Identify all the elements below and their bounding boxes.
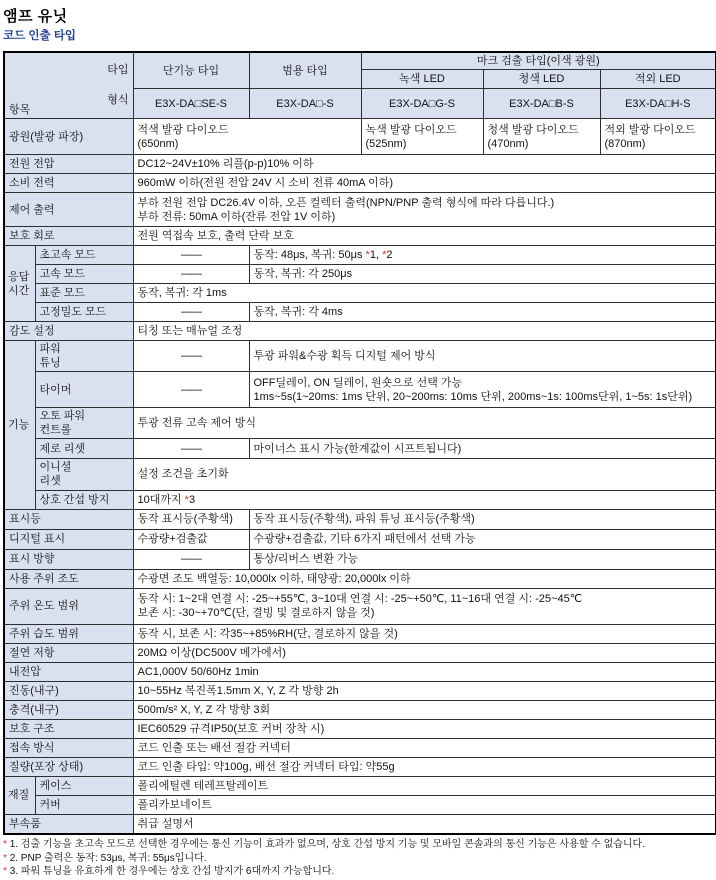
row-ambient-temp: 주위 온도 범위 동작 시: 1~2대 연결 시: -25~+55℃, 3~10… [4, 588, 716, 624]
control-output-label: 제어 출력 [4, 193, 133, 227]
row-response-fast: 고속 모드 —— 동작, 복귀: 각 250μs [4, 265, 716, 284]
page-title: 앰프 유닛 [3, 5, 714, 26]
indicator-label: 표시등 [4, 509, 133, 529]
sensitivity-value: 티칭 또는 매뉴얼 조정 [133, 322, 716, 341]
material-cover-value: 폴리카보네이트 [133, 795, 716, 814]
power-consumption-label: 소비 전력 [4, 174, 133, 193]
row-power-consumption: 소비 전력 960mW 이하(전원 전압 24V 시 소비 전류 40mA 이하… [4, 174, 716, 193]
response-ultrafast-text: 동작: 48μs, 복귀: 50μs [254, 249, 366, 261]
protection-structure-label: 보호 구조 [4, 719, 133, 738]
accessories-value: 취급 설명서 [133, 814, 716, 834]
response-group-label: 응답 시간 [4, 246, 35, 322]
interference-value: 10대까지 *3 [133, 490, 716, 509]
zero-reset-label: 제로 리셋 [35, 439, 133, 459]
timer-value: OFF딜레이, ON 딜레이, 원숏으로 선택 가능 1ms~5s(1~20ms… [249, 372, 716, 408]
ambient-temp-label: 주위 온도 범위 [4, 588, 133, 624]
row-light-source: 광원(발광 파장) 적색 발광 다이오드 (650nm) 녹색 발광 다이오드 … [4, 119, 716, 155]
row-protection-structure: 보호 구조 IEC60529 규격IP50(보호 커버 장착 시) [4, 719, 716, 738]
light-source-green: 녹색 발광 다이오드 (525nm) [361, 119, 483, 155]
corner-inner: 타입 형식 항목 [5, 54, 133, 118]
ambient-light-value: 수광면 조도 백열등: 10,000lx 이하, 태양광: 20,000lx 이… [133, 569, 716, 588]
row-material-case: 재질 케이스 폴리에틸렌 테레프탈레이트 [4, 776, 716, 795]
model-cell-4: E3X-DA□B-S [483, 89, 600, 119]
zero-reset-value: 마이너스 표시 가능(한계값이 시프트됩니다) [249, 439, 716, 459]
model-cell-2: E3X-DA□-S [249, 89, 361, 119]
digital-display-value-1: 수광량+검출값 [133, 529, 249, 549]
row-response-standard: 표준 모드 동작, 복귀: 각 1ms [4, 284, 716, 303]
response-fast-label: 고속 모드 [35, 265, 133, 284]
response-fast-value: 동작, 복귀: 각 250μs [249, 265, 716, 284]
type-header-label: 타입 [107, 63, 128, 77]
footnote-2: * 2. PNP 출력은 동작: 53μs, 복귀: 55μs입니다. [3, 853, 714, 866]
footnote-3-text: 3. 파워 튜닝을 유효하게 한 경우에는 상호 간섭 방지가 6대까지 가능합… [10, 866, 335, 877]
row-digital-display: 디지털 표시 수광량+검출값 수광량+검출값, 기타 6가지 패턴에서 선택 가… [4, 529, 716, 549]
digital-display-label: 디지털 표시 [4, 529, 133, 549]
response-ultrafast-dash: —— [133, 246, 249, 265]
response-standard-label: 표준 모드 [35, 284, 133, 303]
row-shock: 충격(내구) 500m/s² X, Y, Z 각 방향 3회 [4, 700, 716, 719]
accessories-label: 부속품 [4, 814, 133, 834]
power-voltage-value: DC12~24V±10% 리플(p-p)10% 이하 [133, 155, 716, 174]
ambient-light-label: 사용 주위 조도 [4, 569, 133, 588]
row-power-voltage: 전원 전압 DC12~24V±10% 리플(p-p)10% 이하 [4, 155, 716, 174]
shock-label: 충격(내구) [4, 700, 133, 719]
material-case-label: 케이스 [35, 776, 133, 795]
footnote-1-text: 1. 검출 기능을 초고속 모드로 선택한 경우에는 통신 기능이 효과가 없으… [10, 839, 645, 850]
display-direction-dash: —— [133, 549, 249, 569]
row-ambient-light: 사용 주위 조도 수광면 조도 백열등: 10,000lx 이하, 태양광: 2… [4, 569, 716, 588]
footnote-1-star: * [3, 839, 7, 850]
vibration-value: 10~55Hz 복진폭1.5mm X, Y, Z 각 방향 2h [133, 681, 716, 700]
timer-dash: —— [133, 372, 249, 408]
model-cell-5: E3X-DA□H-S [600, 89, 716, 119]
page: 앰프 유닛 코드 인출 타입 타입 형식 항목 단기능 타입 범용 타입 마크 … [0, 0, 716, 879]
weight-label: 질량(포장 상태) [4, 757, 133, 776]
model-header-label: 형식 [107, 93, 128, 107]
protection-structure-value: IEC60529 규격IP50(보호 커버 장착 시) [133, 719, 716, 738]
page-subtitle: 코드 인출 타입 [3, 27, 714, 43]
power-voltage-label: 전원 전압 [4, 155, 133, 174]
row-sensitivity: 감도 설정 티칭 또는 매뉴얼 조정 [4, 322, 716, 341]
footnote-2-star: * [3, 853, 7, 864]
power-tuning-label: 파워 튜닝 [35, 341, 133, 372]
model-cell-1: E3X-DA□SE-S [133, 89, 249, 119]
header-row-type: 타입 형식 항목 단기능 타입 범용 타입 마크 검출 타입(이색 광원) [4, 52, 716, 70]
response-precision-dash: —— [133, 303, 249, 322]
connection-label: 접속 방식 [4, 738, 133, 757]
row-initial-reset: 이니셜 리셋 설정 조건을 초기화 [4, 459, 716, 490]
vibration-label: 진동(내구) [4, 681, 133, 700]
row-power-tuning: 기능 파워 튜닝 —— 투광 파워&수광 획득 디지털 제어 방식 [4, 341, 716, 372]
ambient-temp-value: 동작 시: 1~2대 연결 시: -25~+55℃, 3~10대 연결 시: -… [133, 588, 716, 624]
footnote-ref-num-1: 1, [370, 249, 382, 261]
row-indicator: 표시등 동작 표시등(주황색) 동작 표시등(주황색), 파워 튜닝 표시등(주… [4, 509, 716, 529]
footnote-2-text: 2. PNP 출력은 동작: 53μs, 복귀: 55μs입니다. [10, 853, 207, 864]
power-tuning-dash: —— [133, 341, 249, 372]
row-insulation: 절연 저항 20MΩ 이상(DC500V 메가에서) [4, 643, 716, 662]
initial-reset-value: 설정 조건을 초기화 [133, 459, 716, 490]
footnotes: * 1. 검출 기능을 초고속 모드로 선택한 경우에는 통신 기능이 효과가 … [3, 839, 714, 879]
response-fast-dash: —— [133, 265, 249, 284]
interference-label: 상호 간섭 방지 [35, 490, 133, 509]
column-header-single-function: 단기능 타입 [133, 52, 249, 89]
response-ultrafast-label: 초고속 모드 [35, 246, 133, 265]
power-tuning-value: 투광 파워&수광 획득 디지털 제어 방식 [249, 341, 716, 372]
footnote-ref-num-2: 2 [386, 249, 392, 261]
row-response-ultrafast: 응답 시간 초고속 모드 —— 동작: 48μs, 복귀: 50μs *1, *… [4, 246, 716, 265]
function-group-label: 기능 [4, 341, 35, 509]
column-header-general: 범용 타입 [249, 52, 361, 89]
row-zero-reset: 제로 리셋 —— 마이너스 표시 가능(한계값이 시프트됩니다) [4, 439, 716, 459]
footnote-3: * 3. 파워 튜닝을 유효하게 한 경우에는 상호 간섭 방지가 6대까지 가… [3, 866, 714, 879]
response-precision-value: 동작, 복귀: 각 4ms [249, 303, 716, 322]
indicator-value-1: 동작 표시등(주황색) [133, 509, 249, 529]
material-group-label: 재질 [4, 776, 35, 814]
weight-value: 코드 인출 타입: 약100g, 배선 절감 커넥터 타입: 약55g [133, 757, 716, 776]
ambient-humidity-value: 동작 시, 보존 시: 각35~+85%RH(단, 결로하지 않을 것) [133, 624, 716, 643]
column-header-blue-led: 청색 LED [483, 70, 600, 89]
response-standard-value: 동작, 복귀: 각 1ms [133, 284, 716, 303]
digital-display-value-2: 수광량+검출값, 기타 6가지 패턴에서 선택 가능 [249, 529, 716, 549]
row-timer: 타이머 —— OFF딜레이, ON 딜레이, 원숏으로 선택 가능 1ms~5s… [4, 372, 716, 408]
row-accessories: 부속품 취급 설명서 [4, 814, 716, 834]
indicator-value-2: 동작 표시등(주황색), 파워 튜닝 표시등(주황색) [249, 509, 716, 529]
row-interference: 상호 간섭 방지 10대까지 *3 [4, 490, 716, 509]
ambient-humidity-label: 주위 습도 범위 [4, 624, 133, 643]
row-display-direction: 표시 방향 —— 통상/리버스 변환 가능 [4, 549, 716, 569]
light-source-ir: 적외 발광 다이오드 (870nm) [600, 119, 716, 155]
initial-reset-label: 이니셜 리셋 [35, 459, 133, 490]
spec-table: 타입 형식 항목 단기능 타입 범용 타입 마크 검출 타입(이색 광원) 녹색… [3, 51, 716, 835]
response-precision-label: 고정밀도 모드 [35, 303, 133, 322]
withstand-voltage-label: 내전압 [4, 662, 133, 681]
auto-power-label: 오토 파워 컨트롤 [35, 408, 133, 439]
footnote-ref-num-3: 3 [189, 494, 195, 506]
response-ultrafast-value: 동작: 48μs, 복귀: 50μs *1, *2 [249, 246, 716, 265]
insulation-value: 20MΩ 이상(DC500V 메가에서) [133, 643, 716, 662]
row-auto-power: 오토 파워 컨트롤 투광 전류 고속 제어 방식 [4, 408, 716, 439]
material-cover-label: 커버 [35, 795, 133, 814]
column-header-green-led: 녹색 LED [361, 70, 483, 89]
zero-reset-dash: —— [133, 439, 249, 459]
column-header-mark-detection-group: 마크 검출 타입(이색 광원) [361, 52, 716, 70]
row-response-precision: 고정밀도 모드 —— 동작, 복귀: 각 4ms [4, 303, 716, 322]
row-vibration: 진동(내구) 10~55Hz 복진폭1.5mm X, Y, Z 각 방향 2h [4, 681, 716, 700]
row-material-cover: 커버 폴리카보네이트 [4, 795, 716, 814]
row-weight: 질량(포장 상태) 코드 인출 타입: 약100g, 배선 절감 커넥터 타입:… [4, 757, 716, 776]
light-source-red: 적색 발광 다이오드 (650nm) [133, 119, 361, 155]
row-withstand-voltage: 내전압 AC1,000V 50/60Hz 1min [4, 662, 716, 681]
row-control-output: 제어 출력 부하 전원 전압 DC26.4V 이하, 오픈 컬렉터 출력(NPN… [4, 193, 716, 227]
model-cell-3: E3X-DA□G-S [361, 89, 483, 119]
protection-circuit-value: 전원 역접속 보호, 출력 단락 보호 [133, 227, 716, 246]
power-consumption-value: 960mW 이하(전원 전압 24V 시 소비 전류 40mA 이하) [133, 174, 716, 193]
footnote-1: * 1. 검출 기능을 초고속 모드로 선택한 경우에는 통신 기능이 효과가 … [3, 839, 714, 852]
light-source-blue: 청색 발광 다이오드 (470nm) [483, 119, 600, 155]
withstand-voltage-value: AC1,000V 50/60Hz 1min [133, 662, 716, 681]
footnote-3-star: * [3, 866, 7, 877]
item-header-label: 항목 [9, 103, 30, 117]
shock-value: 500m/s² X, Y, Z 각 방향 3회 [133, 700, 716, 719]
control-output-value: 부하 전원 전압 DC26.4V 이하, 오픈 컬렉터 출력(NPN/PNP 출… [133, 193, 716, 227]
timer-label: 타이머 [35, 372, 133, 408]
material-case-value: 폴리에틸렌 테레프탈레이트 [133, 776, 716, 795]
insulation-label: 절연 저항 [4, 643, 133, 662]
sensitivity-label: 감도 설정 [4, 322, 133, 341]
column-header-infrared-led: 적외 LED [600, 70, 716, 89]
auto-power-value: 투광 전류 고속 제어 방식 [133, 408, 716, 439]
interference-text: 10대까지 [138, 494, 185, 506]
connection-value: 코드 인출 또는 배선 절감 커넥터 [133, 738, 716, 757]
row-protection-circuit: 보호 회로 전원 역접속 보호, 출력 단락 보호 [4, 227, 716, 246]
display-direction-label: 표시 방향 [4, 549, 133, 569]
display-direction-value: 통상/리버스 변환 가능 [249, 549, 716, 569]
row-connection: 접속 방식 코드 인출 또는 배선 절감 커넥터 [4, 738, 716, 757]
corner-header-cell: 타입 형식 항목 [4, 52, 133, 119]
light-source-label: 광원(발광 파장) [4, 119, 133, 155]
row-ambient-humidity: 주위 습도 범위 동작 시, 보존 시: 각35~+85%RH(단, 결로하지 … [4, 624, 716, 643]
protection-circuit-label: 보호 회로 [4, 227, 133, 246]
